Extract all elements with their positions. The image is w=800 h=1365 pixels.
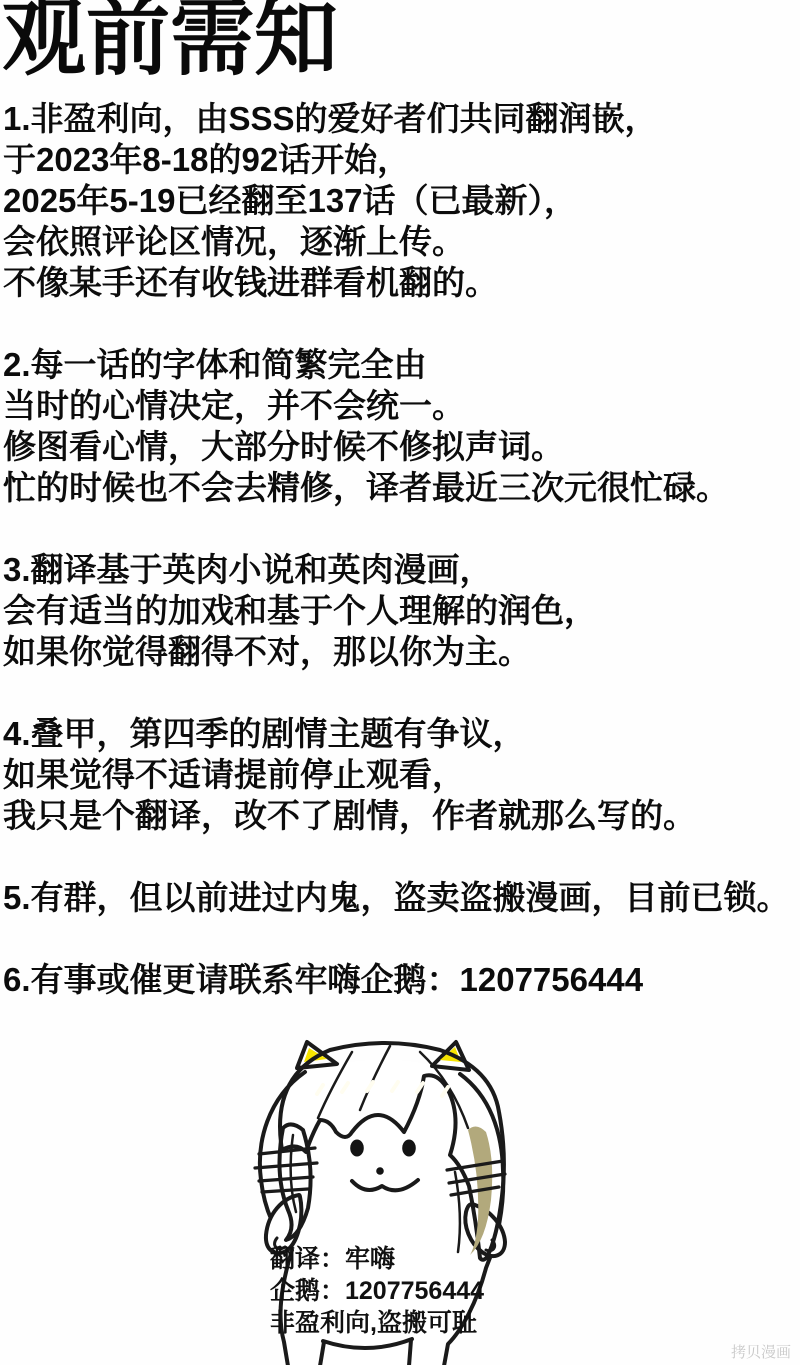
credit-translator: 翻译：牢嗨 <box>270 1243 484 1275</box>
notice-line: 2.每一话的字体和简繁完全由 <box>3 344 799 385</box>
notice-line: 3.翻译基于英肉小说和英肉漫画， <box>3 549 799 590</box>
page-title: 观前需知 <box>2 0 338 80</box>
notice-line: 不像某手还有收钱进群看机翻的。 <box>3 262 799 303</box>
credits-block: 翻译：牢嗨 企鹅：1207756444 非盈利向,盗搬可耻 <box>270 1243 484 1339</box>
notice-line: 如果你觉得翻得不对，那以你为主。 <box>3 631 799 672</box>
notice-paragraph-6: 6.有事或催更请联系牢嗨企鹅：1207756444 <box>3 959 799 1000</box>
notice-paragraph-5: 5.有群，但以前进过内鬼，盗卖盗搬漫画，目前已锁。 <box>3 877 799 918</box>
notice-line: 1.非盈利向，由SSS的爱好者们共同翻润嵌， <box>3 98 799 139</box>
credit-qq: 企鹅：1207756444 <box>270 1275 484 1307</box>
right-eye <box>402 1140 416 1157</box>
notice-line: 当时的心情决定，并不会统一。 <box>3 385 799 426</box>
notice-line: 如果觉得不适请提前停止观看， <box>3 754 799 795</box>
notice-line: 忙的时候也不会去精修，译者最近三次元很忙碌。 <box>3 467 799 508</box>
notice-paragraph-3: 3.翻译基于英肉小说和英肉漫画， 会有适当的加戏和基于个人理解的润色， 如果你觉… <box>3 549 799 672</box>
notice-line: 6.有事或催更请联系牢嗨企鹅：1207756444 <box>3 959 799 1000</box>
notice-page: 观前需知 1.非盈利向，由SSS的爱好者们共同翻润嵌， 于2023年8-18的9… <box>0 0 800 1365</box>
notice-line: 修图看心情，大部分时候不修拟声词。 <box>3 426 799 467</box>
notice-line: 4.叠甲，第四季的剧情主题有争议， <box>3 713 799 754</box>
notice-line: 会有适当的加戏和基于个人理解的润色， <box>3 590 799 631</box>
left-eye <box>350 1140 364 1157</box>
notice-line: 于2023年8-18的92话开始， <box>3 139 799 180</box>
notice-paragraph-1: 1.非盈利向，由SSS的爱好者们共同翻润嵌， 于2023年8-18的92话开始，… <box>3 98 799 303</box>
notice-line: 2025年5-19已经翻至137话（已最新）， <box>3 180 799 221</box>
nose <box>376 1167 384 1175</box>
notice-paragraph-2: 2.每一话的字体和简繁完全由 当时的心情决定，并不会统一。 修图看心情，大部分时… <box>3 344 799 508</box>
credit-nonprofit: 非盈利向,盗搬可耻 <box>270 1307 484 1339</box>
notice-body: 1.非盈利向，由SSS的爱好者们共同翻润嵌， 于2023年8-18的92话开始，… <box>3 98 799 1041</box>
mascot-right-leg-line <box>409 1340 411 1365</box>
notice-line: 5.有群，但以前进过内鬼，盗卖盗搬漫画，目前已锁。 <box>3 877 799 918</box>
site-watermark: 拷贝漫画 <box>731 1341 791 1362</box>
notice-line: 我只是个翻译，改不了剧情，作者就那么写的。 <box>3 795 799 836</box>
notice-line: 会依照评论区情况，逐渐上传。 <box>3 221 799 262</box>
notice-paragraph-4: 4.叠甲，第四季的剧情主题有争议， 如果觉得不适请提前停止观看， 我只是个翻译，… <box>3 713 799 836</box>
